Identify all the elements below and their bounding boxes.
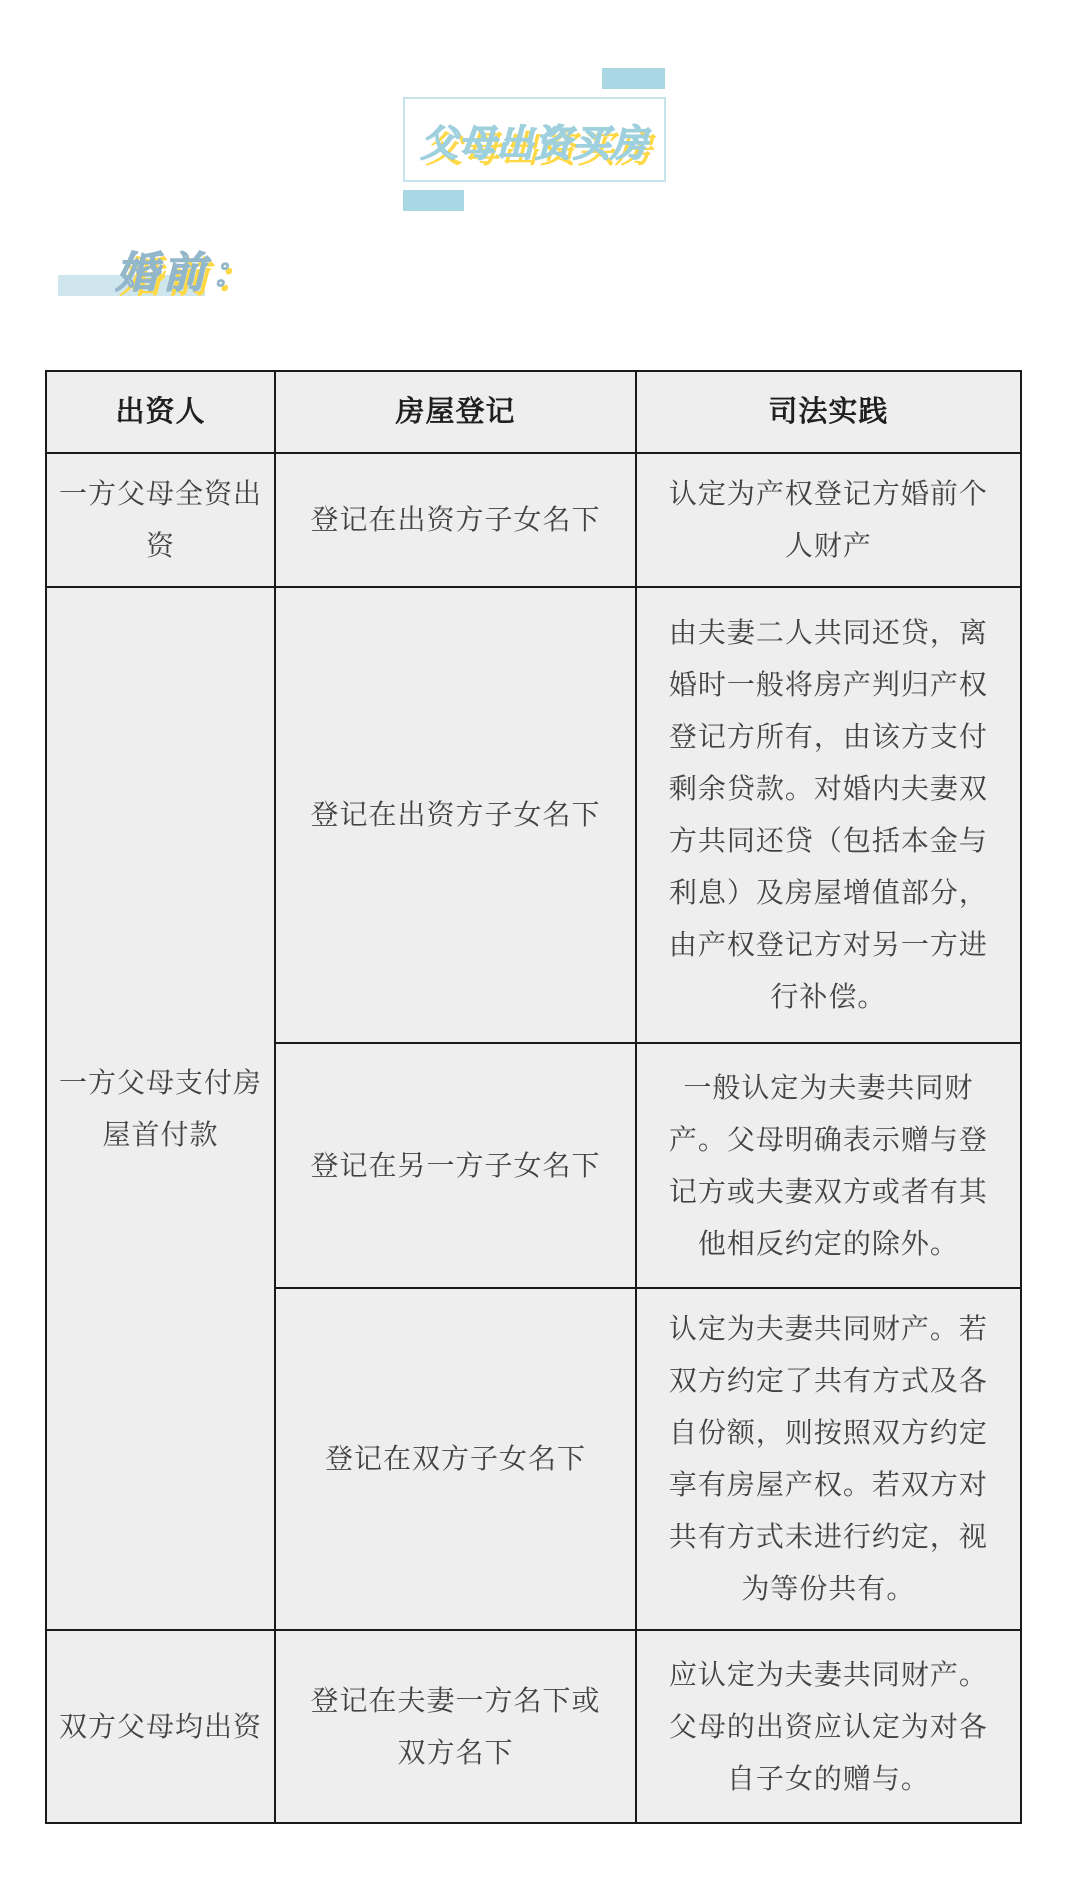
cell-judicial-practice: 由夫妻二人共同还贷，离婚时一般将房产判归产权登记方所有，由该方支付剩余贷款。对婚… bbox=[636, 587, 1021, 1043]
cell-registration: 登记在出资方子女名下 bbox=[275, 587, 636, 1043]
table-row: 一方父母全资出资 登记在出资方子女名下 认定为产权登记方婚前个人财产 bbox=[46, 453, 1021, 587]
column-header-registration: 房屋登记 bbox=[275, 371, 636, 453]
cell-investor-full-funding: 一方父母全资出资 bbox=[46, 453, 275, 587]
column-header-judicial-practice: 司法实践 bbox=[636, 371, 1021, 453]
table-header-row: 出资人 房屋登记 司法实践 bbox=[46, 371, 1021, 453]
title-deco-rect-top bbox=[602, 68, 665, 89]
page-title: 父母出资买房 bbox=[421, 113, 649, 167]
title-box: 父母出资买房 bbox=[403, 97, 666, 182]
cell-judicial-practice: 一般认定为夫妻共同财产。父母明确表示赠与登记方或夫妻双方或者有其他相反约定的除外… bbox=[636, 1043, 1021, 1288]
column-header-investor: 出资人 bbox=[46, 371, 275, 453]
cell-investor-downpayment: 一方父母支付房屋首付款 bbox=[46, 587, 275, 1630]
table-row: 双方父母均出资 登记在夫妻一方名下或双方名下 应认定为夫妻共同财产。父母的出资应… bbox=[46, 1630, 1021, 1823]
cell-judicial-practice: 认定为夫妻共同财产。若双方约定了共有方式及各自份额，则按照双方约定享有房屋产权。… bbox=[636, 1288, 1021, 1630]
cell-registration: 登记在双方子女名下 bbox=[275, 1288, 636, 1630]
section-label-premarital: 婚前： bbox=[116, 240, 257, 300]
cell-registration: 登记在出资方子女名下 bbox=[275, 453, 636, 587]
cell-registration: 登记在夫妻一方名下或双方名下 bbox=[275, 1630, 636, 1823]
cell-investor-both-parents: 双方父母均出资 bbox=[46, 1630, 275, 1823]
cell-judicial-practice: 应认定为夫妻共同财产。父母的出资应认定为对各自子女的赠与。 bbox=[636, 1630, 1021, 1823]
article-page: 父母出资买房 婚前： 出资人 房屋登记 司法实践 一方父母全资出资 登记在出资方… bbox=[0, 0, 1072, 1878]
marriage-property-table: 出资人 房屋登记 司法实践 一方父母全资出资 登记在出资方子女名下 认定为产权登… bbox=[45, 370, 1022, 1824]
table-row: 一方父母支付房屋首付款 登记在出资方子女名下 由夫妻二人共同还贷，离婚时一般将房… bbox=[46, 587, 1021, 1043]
cell-registration: 登记在另一方子女名下 bbox=[275, 1043, 636, 1288]
title-deco-rect-bottom bbox=[403, 190, 464, 211]
cell-judicial-practice: 认定为产权登记方婚前个人财产 bbox=[636, 453, 1021, 587]
